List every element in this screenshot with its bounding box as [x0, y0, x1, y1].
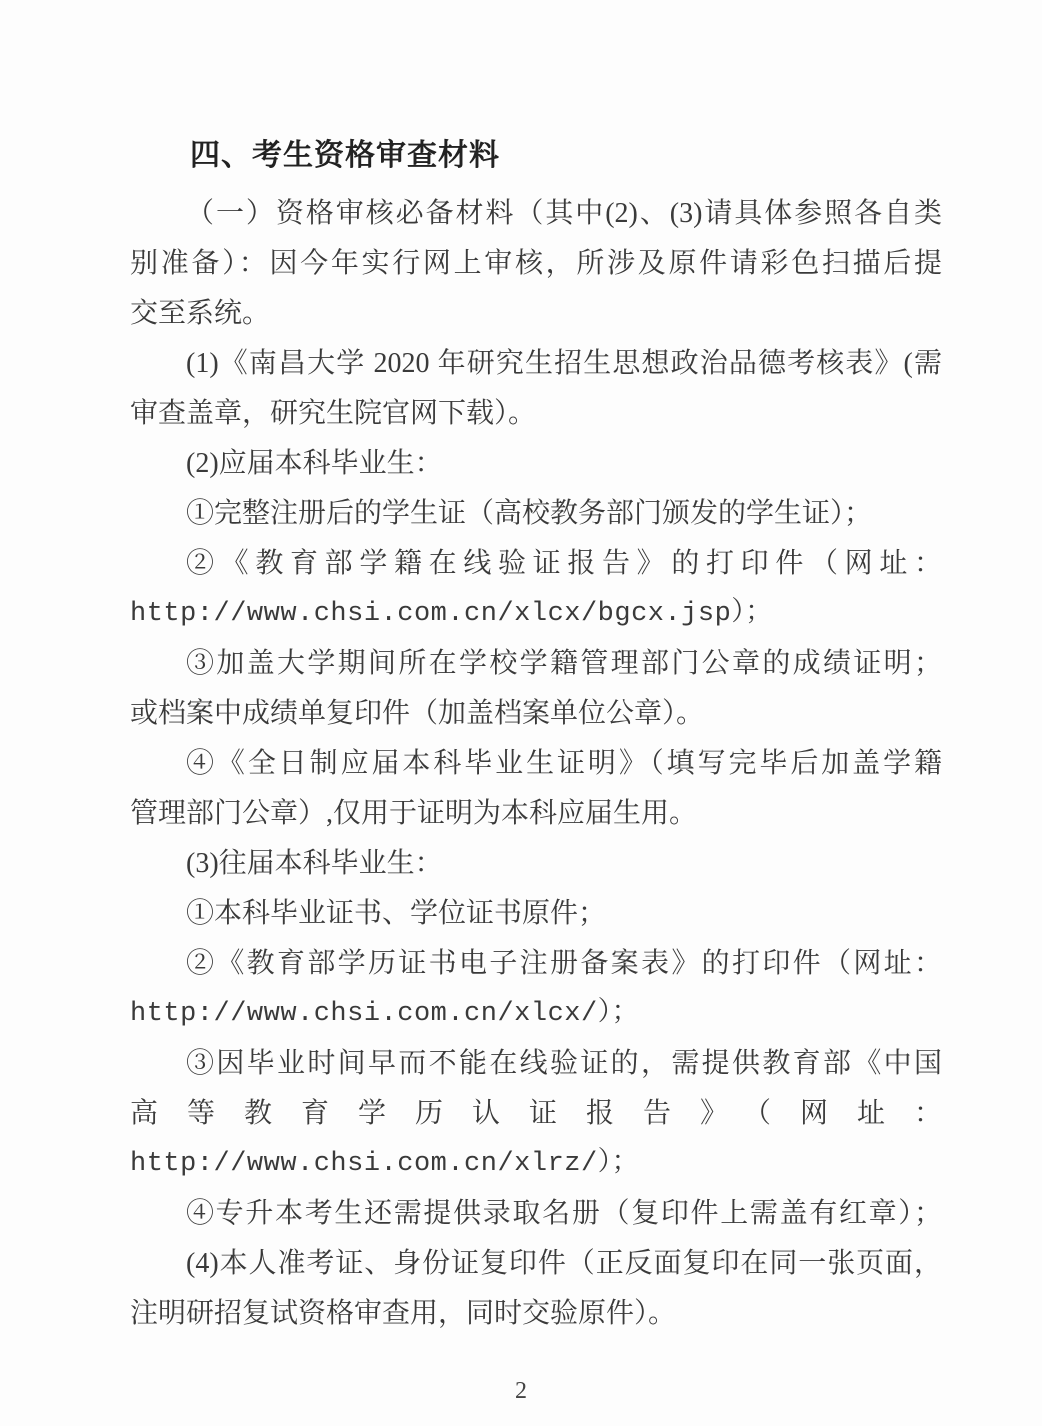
page-number: 2	[0, 1378, 1042, 1405]
url-text: http://www.chsi.com.cn/xlcx/bgcx.jsp）；	[130, 589, 942, 639]
text-line: 交至系统。	[130, 289, 942, 339]
text-line: ①本科毕业证书、学位证书原件；	[130, 889, 942, 939]
text-line: 别准备）：因今年实行网上审核，所涉及原件请彩色扫描后提	[130, 239, 942, 289]
text-line: 或档案中成绩单复印件（加盖档案单位公章）。	[130, 689, 942, 739]
url-text: http://www.chsi.com.cn/xlcx/）；	[130, 989, 942, 1039]
text-line: ②《教育部学历证书电子注册备案表》的打印件（网址：	[130, 939, 942, 989]
text-line: （一）资格审核必备材料（其中(2)、(3)请具体参照各自类	[130, 189, 942, 239]
text-line: 高等教育学历认证报告》（网址：	[130, 1089, 942, 1139]
section-heading: 四、考生资格审查材料	[130, 131, 942, 181]
document-page: 四、考生资格审查材料 （一）资格审核必备材料（其中(2)、(3)请具体参照各自类…	[0, 0, 1042, 1426]
text-line: 管理部门公章）,仅用于证明为本科应届生用。	[130, 789, 942, 839]
document-body: 四、考生资格审查材料 （一）资格审核必备材料（其中(2)、(3)请具体参照各自类…	[130, 131, 942, 1339]
text-line: (4)本人准考证、身份证复印件（正反面复印在同一张页面，	[130, 1239, 942, 1289]
text-line: ①完整注册后的学生证（高校教务部门颁发的学生证）；	[130, 489, 942, 539]
text-line: ③因毕业时间早而不能在线验证的，需提供教育部《中国	[130, 1039, 942, 1089]
text-line: ②《教育部学籍在线验证报告》的打印件（网址：	[130, 539, 942, 589]
text-line: (1)《南昌大学 2020 年研究生招生思想政治品德考核表》(需	[130, 339, 942, 389]
text-line: ④专升本考生还需提供录取名册（复印件上需盖有红章）；	[130, 1189, 942, 1239]
text-line: (3)往届本科毕业生：	[130, 839, 942, 889]
url-text: http://www.chsi.com.cn/xlrz/）；	[130, 1139, 942, 1189]
text-line: 注明研招复试资格审查用，同时交验原件）。	[130, 1289, 942, 1339]
text-line: (2)应届本科毕业生：	[130, 439, 942, 489]
text-line: ④《全日制应届本科毕业生证明》（填写完毕后加盖学籍	[130, 739, 942, 789]
text-line: 审查盖章，研究生院官网下载）。	[130, 389, 942, 439]
text-line: ③加盖大学期间所在学校学籍管理部门公章的成绩证明；	[130, 639, 942, 689]
